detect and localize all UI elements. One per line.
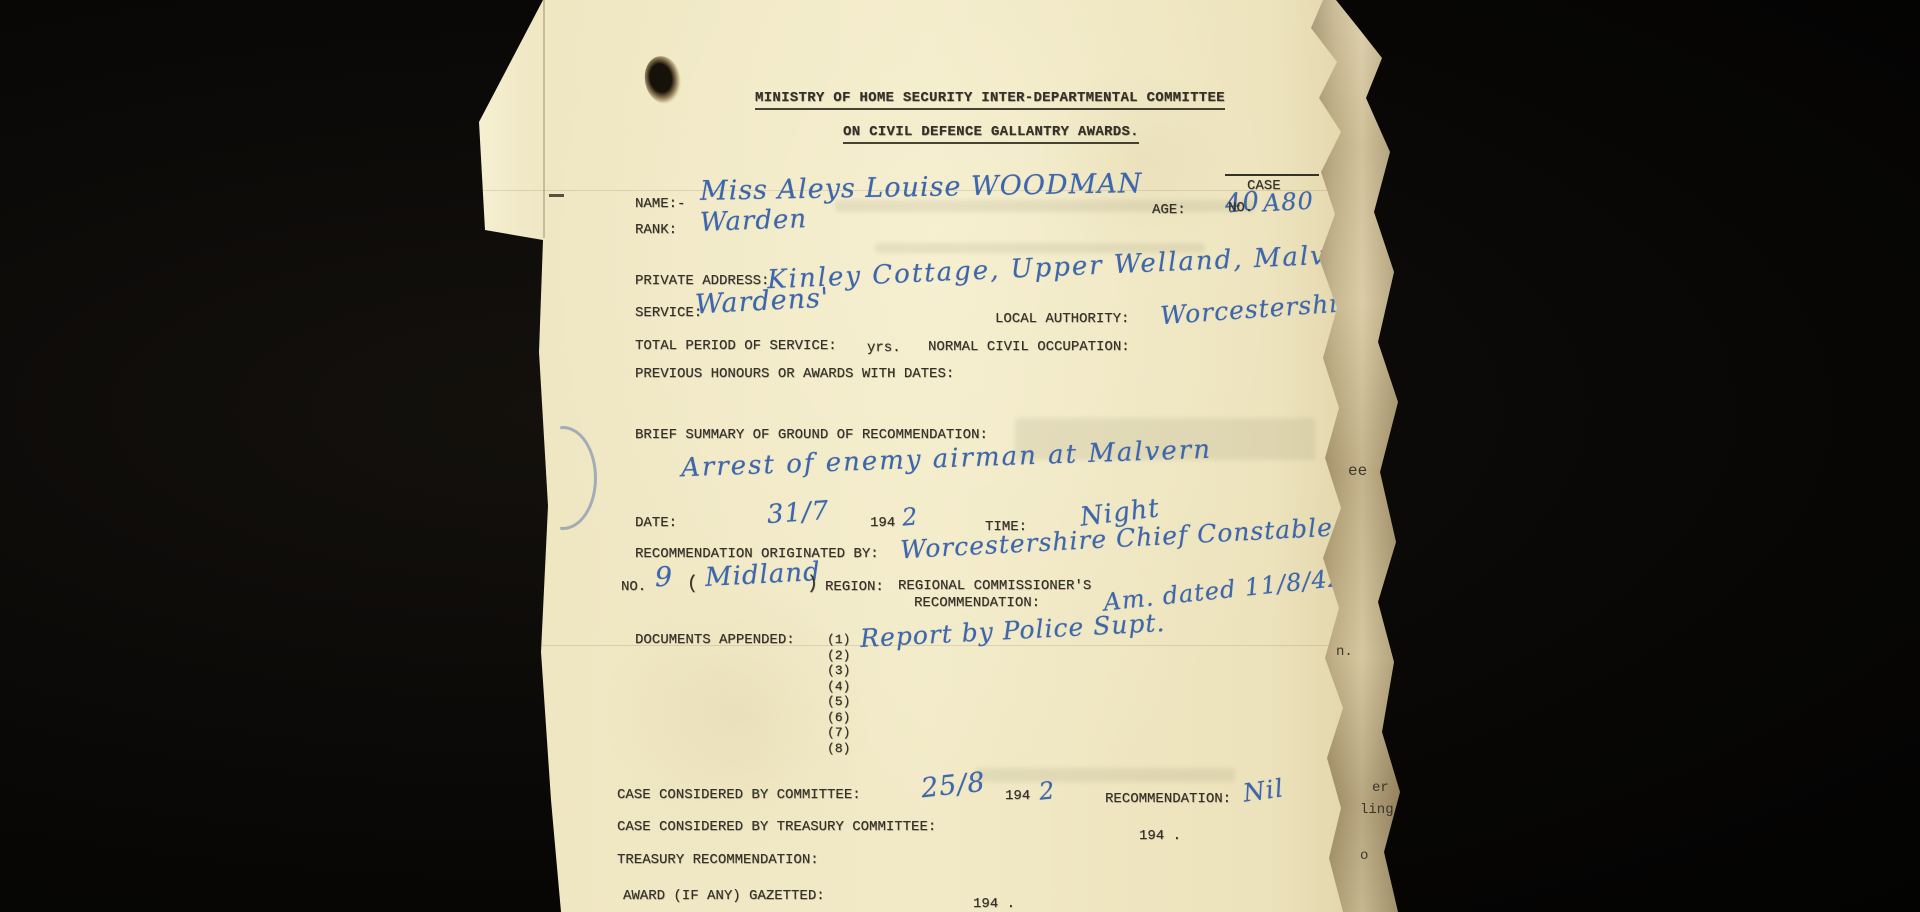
- edge-text-fragment: ee: [1348, 462, 1367, 480]
- documents-item1-value: Report by Police Supt.: [859, 608, 1166, 653]
- treasury-recommendation-label: TREASURY RECOMMENDATION:: [617, 852, 819, 868]
- edge-text-fragment: o: [1360, 848, 1368, 864]
- pen-dash-mark: [549, 194, 564, 197]
- case-treasury-label: CASE CONSIDERED BY TREASURY COMMITTEE:: [617, 819, 936, 835]
- rank-label: RANK:: [635, 222, 677, 238]
- documents-number: (1): [827, 632, 850, 647]
- region-no-label: NO.: [621, 579, 646, 595]
- documents-number: (6): [827, 710, 850, 725]
- edge-text-fragment: n.: [1336, 644, 1353, 660]
- case-committee-year-typed: 194: [1005, 788, 1030, 804]
- recommendation-label: RECOMMENDATION:: [1105, 791, 1231, 807]
- bleedthrough-smudge: [975, 768, 1235, 782]
- edge-text-fragment: ling: [1360, 802, 1394, 818]
- local-authority-label: LOCAL AUTHORITY:: [995, 311, 1129, 327]
- region-no-value: 9: [654, 562, 673, 594]
- service-label: SERVICE:: [635, 305, 702, 321]
- scan-background: ee n. er ling o MINISTRY OF HOME SECURIT…: [0, 0, 1920, 912]
- award-gazetted-year: 194 .: [973, 896, 1015, 912]
- documents-number: (8): [827, 741, 850, 756]
- yrs-label: yrs.: [867, 340, 901, 356]
- date-year-hand: 2: [901, 502, 920, 531]
- region-label: REGION:: [825, 579, 884, 595]
- documents-label: DOCUMENTS APPENDED:: [635, 632, 795, 648]
- region-paren-open: (: [687, 574, 698, 594]
- documents-number: (2): [827, 648, 850, 663]
- date-label: DATE:: [635, 515, 677, 531]
- age-label: AGE:: [1152, 202, 1186, 218]
- case-committee-date: 25/8: [920, 767, 988, 805]
- case-treasury-year: 194 .: [1139, 828, 1181, 844]
- edge-text-fragment: er: [1372, 780, 1389, 796]
- document-page: MINISTRY OF HOME SECURITY INTER-DEPARTME…: [455, 0, 1402, 912]
- vertical-crease: [543, 0, 545, 238]
- occupation-label: NORMAL CIVIL OCCUPATION:: [928, 339, 1130, 355]
- documents-number: (4): [827, 679, 850, 694]
- paper-hole: [640, 53, 685, 107]
- case-no-value: A80: [1262, 187, 1314, 218]
- previous-honours-label: PREVIOUS HONOURS OR AWARDS WITH DATES:: [635, 366, 954, 382]
- region-paren-close: ): [807, 574, 818, 594]
- service-value: Wardens': [694, 283, 830, 321]
- form-title-line2: ON CIVIL DEFENCE GALLANTRY AWARDS.: [843, 124, 1139, 144]
- regional-commissioner-label-line2: RECOMMENDATION:: [914, 595, 1040, 611]
- regional-commissioner-label-line1: REGIONAL COMMISSIONER'S: [898, 578, 1091, 594]
- documents-number: (7): [827, 725, 850, 740]
- total-period-label: TOTAL PERIOD OF SERVICE:: [635, 338, 837, 354]
- case-committee-label: CASE CONSIDERED BY COMMITTEE:: [617, 787, 861, 803]
- recommendation-value: Nil: [1241, 773, 1286, 807]
- brief-summary-label: BRIEF SUMMARY OF GROUND OF RECOMMENDATIO…: [635, 427, 988, 443]
- case-overline: [1225, 174, 1319, 176]
- documents-number: (3): [827, 663, 850, 678]
- case-committee-year-hand: 2: [1038, 776, 1057, 806]
- blue-stamp-fragment: [529, 426, 597, 530]
- form-title-line1: MINISTRY OF HOME SECURITY INTER-DEPARTME…: [755, 90, 1225, 110]
- rank-value: Warden: [700, 204, 808, 238]
- name-label: NAME:-: [635, 196, 685, 212]
- date-year-typed: 194: [870, 515, 895, 531]
- award-gazetted-label: AWARD (IF ANY) GAZETTED:: [623, 888, 825, 904]
- case-no-label: NO.: [1228, 200, 1253, 216]
- date-value: 31/7: [766, 496, 830, 530]
- documents-number: (5): [827, 694, 850, 709]
- folded-edge: [455, 0, 551, 270]
- region-name-value: Midland: [704, 557, 821, 593]
